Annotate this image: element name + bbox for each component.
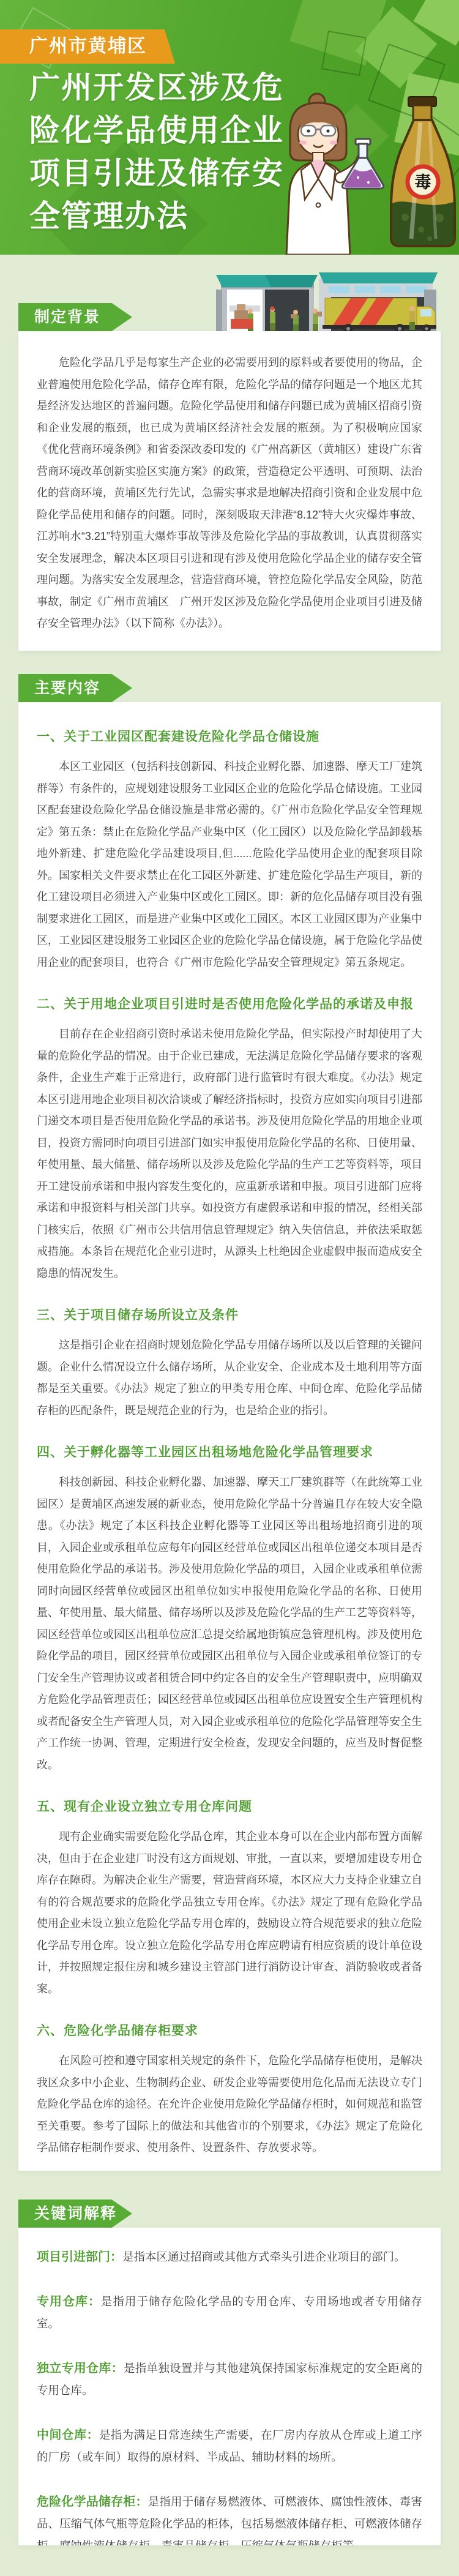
keyword-item: 专用仓库：是指用于储存危险化学品的专用仓库、专用场地或者专用储存室。 — [37, 2291, 422, 2335]
keyword-term: 中间仓库： — [37, 2428, 99, 2442]
keywords-card: 项目引进部门：是指本区通过招商或其他方式牵头引进企业项目的部门。 专用仓库：是指… — [18, 2228, 441, 2545]
main-item-4-paragraph: 科技创新园、科技企业孵化器、加速器、摩天工厂建筑群等（在此统筹工业园区）是黄埔区… — [37, 1472, 422, 1776]
keyword-item: 危险化学品储存柜：是指用于储存易燃液体、可燃液体、腐蚀性液体、毒害品、压缩气体气… — [37, 2491, 422, 2545]
main-item-1-heading: 一、关于工业园区配套建设危险化学品仓储设施 — [37, 728, 422, 746]
keyword-term: 危险化学品储存柜： — [37, 2495, 148, 2509]
section-banner-background: 制定背景 — [18, 303, 132, 331]
main-item-2-heading: 二、关于用地企业项目引进时是否使用危险化学品的承诺及申报 — [37, 995, 422, 1014]
main-item-4-heading: 四、关于孵化器等工业园区出租场地危险化学品管理要求 — [37, 1443, 422, 1462]
infographic-page: 广州市黄埔区 广州开发区涉及危险化学品使用企业项目引进及储存安全管理办法 毒 — [0, 0, 459, 2576]
background-card: 危险化学品几乎是每家生产企业的必需要用到的原料或者要使用的物品，企业普遍使用危险… — [18, 331, 441, 651]
keyword-term: 独立专用仓库： — [37, 2362, 124, 2375]
main-item-6-paragraph: 在风险可控和遵守国家相关规定的条件下，危险化学品储存柜使用，是解决我区众多中小企… — [37, 2050, 422, 2159]
cube-outline-decoration — [321, 31, 367, 76]
main-item-2-paragraph: 目前存在企业招商引资时承诺未使用危险化学品，但实际投产时却使用了大量的危险化学品… — [37, 1024, 422, 1284]
keyword-item: 项目引进部门：是指本区通过招商或其他方式牵头引进企业项目的部门。 — [37, 2246, 422, 2268]
keyword-term: 项目引进部门： — [37, 2250, 122, 2264]
main-item-3-paragraph: 这是指引企业在招商时规划危险化学品专用储存场所以及以后管理的关键问题。企业什么情… — [37, 1335, 422, 1421]
main-item-5-paragraph: 现有企业确实需要危险化学品仓库，其企业本身可以在企业内部布置方面解决，但由于在企… — [37, 1826, 422, 2000]
flask-illustration — [342, 139, 383, 189]
main-item-1-paragraph: 本区工业园区（包括科技创新园、科技企业孵化器、加速器、摩天工厂建筑群等）有条件的… — [37, 756, 422, 973]
poison-label: 毒 — [415, 173, 431, 192]
main-item-3-heading: 三、关于项目储存场所设立及条件 — [37, 1306, 422, 1325]
keyword-definition: 是指本区通过招商或其他方式牵头引进企业项目的部门。 — [122, 2250, 406, 2263]
scientist-illustration: 毒 — [269, 92, 459, 255]
header-hero: 广州市黄埔区 广州开发区涉及危险化学品使用企业项目引进及储存安全管理办法 毒 — [0, 0, 459, 255]
keyword-item: 中间仓库：是指为满足日常连续生产需要，在厂房内存放从仓库或上道工序的厂房（或车间… — [37, 2424, 422, 2468]
section-banner-keywords: 关键词解释 — [18, 2200, 132, 2228]
main-content-card: 一、关于工业园区配套建设危险化学品仓储设施 本区工业园区（包括科技创新园、科技企… — [18, 702, 441, 2171]
keyword-term: 专用仓库： — [37, 2295, 101, 2308]
main-item-6-heading: 六、危险化学品储存柜要求 — [37, 2022, 422, 2040]
warehouse-illustration — [216, 271, 438, 334]
poison-bottle-illustration: 毒 — [391, 97, 455, 246]
page-title: 广州开发区涉及危险化学品使用企业项目引进及储存安全管理办法 — [29, 66, 289, 238]
keyword-item: 独立专用仓库：是指单独设置并与其他建筑保持国家标准规定的安全距离的专用仓库。 — [37, 2357, 422, 2402]
main-item-5-heading: 五、现有企业设立独立专用仓库问题 — [37, 1798, 422, 1816]
section-banner-main-content: 主要内容 — [18, 674, 132, 702]
background-paragraph: 危险化学品几乎是每家生产企业的必需要用到的原料或者要使用的物品，企业普遍使用危险… — [37, 352, 422, 635]
region-badge: 广州市黄埔区 — [0, 29, 175, 64]
